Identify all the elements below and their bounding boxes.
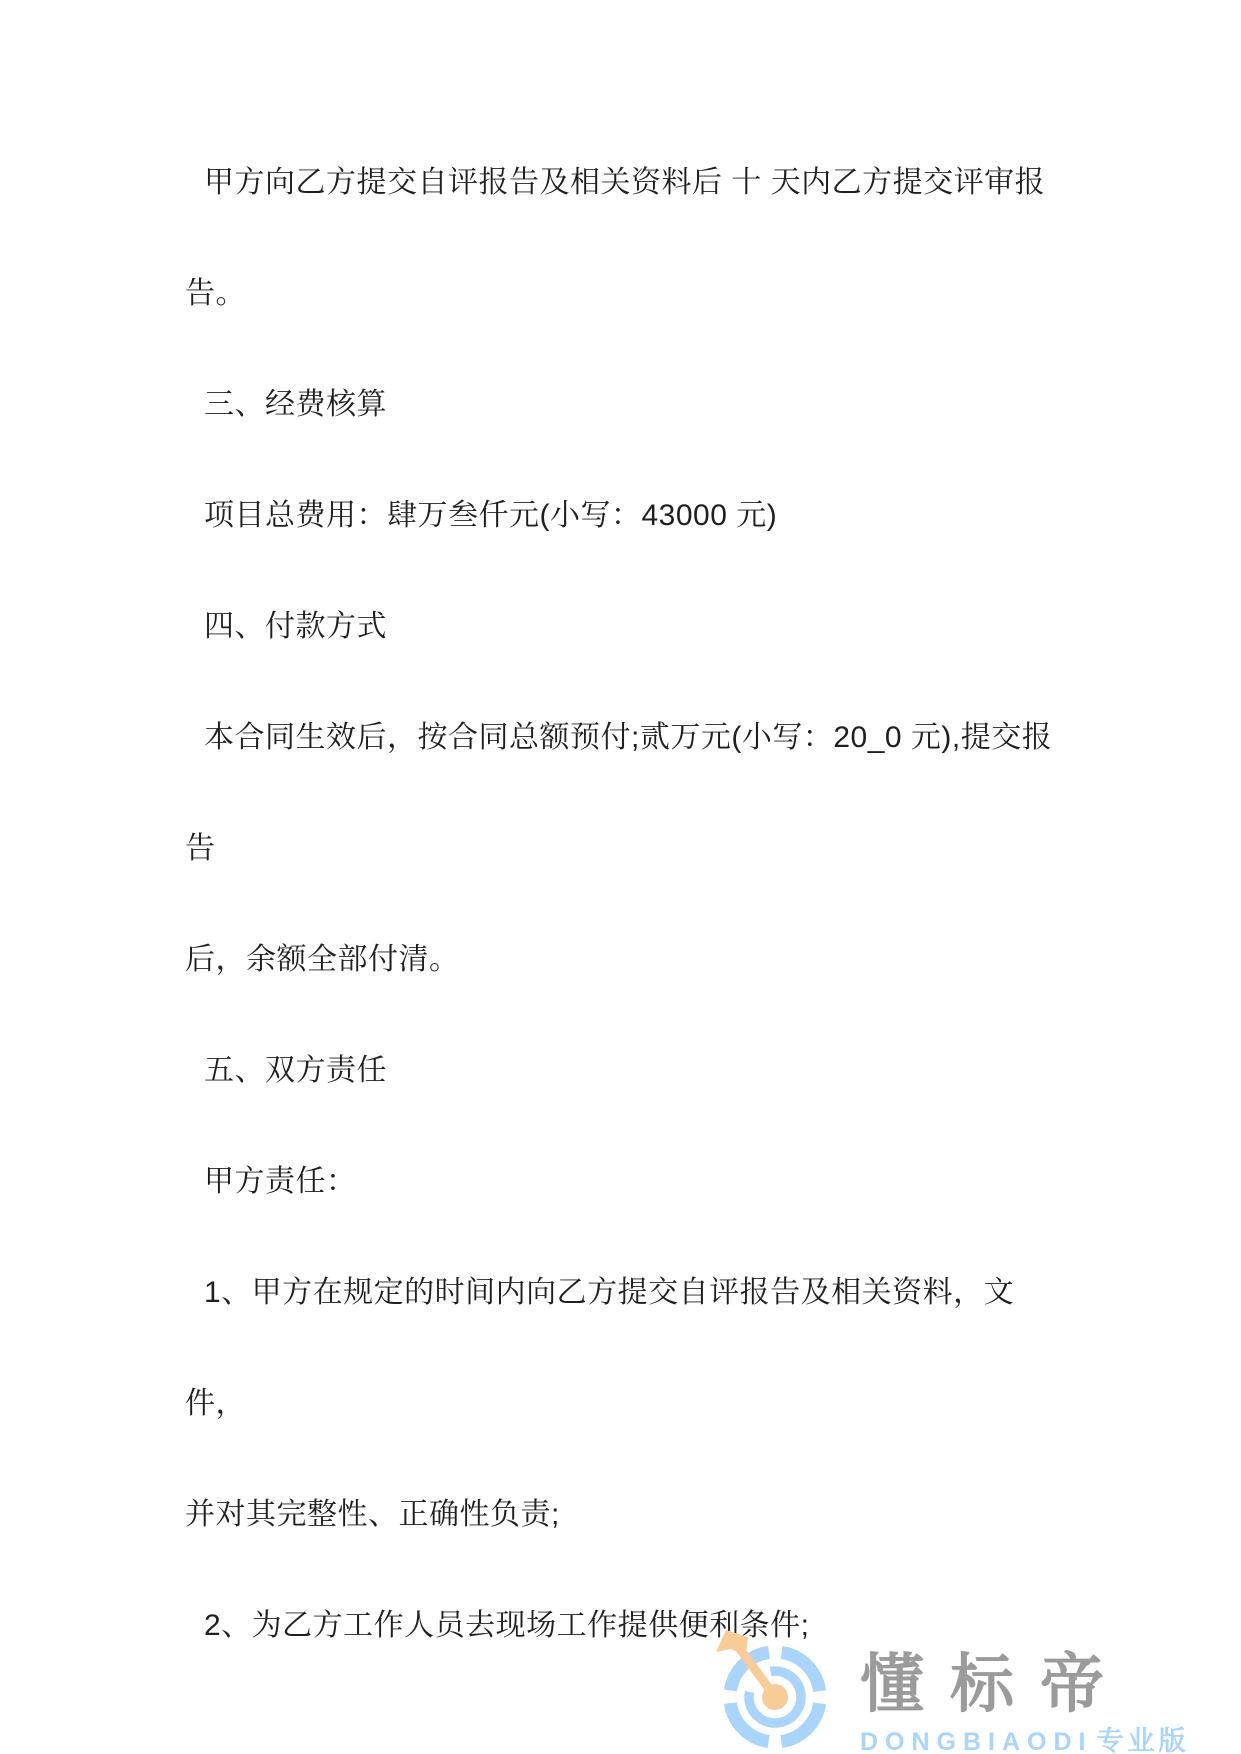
subheading-party-a-responsibility: 甲方责任： [185, 1126, 1065, 1237]
watermark-brand-cn: 懂标帝 [860, 1652, 1190, 1716]
line-review-report-deadline: 甲方向乙方提交自评报告及相关资料后 十 天内乙方提交评审报告。 [185, 127, 1065, 349]
line-payment-terms-1: 本合同生效后，按合同总额预付;贰万元(小写：20_0 元),提交报告 [185, 682, 1065, 904]
watermark-brand-en: DONGBIAODI [860, 1728, 1093, 1754]
line-responsibility-item-1b: 并对其完整性、正确性负责; [185, 1459, 1065, 1570]
watermark-edition-label: 专业版 [1097, 1726, 1190, 1754]
line-responsibility-item-1a: 1、甲方在规定的时间内向乙方提交自评报告及相关资料，文件， [185, 1237, 1065, 1459]
dongbiaodi-watermark: 懂标帝 DONGBIAODI专业版 [714, 1628, 1190, 1754]
contract-text-block: 甲方向乙方提交自评报告及相关资料后 十 天内乙方提交评审报告。 三、经费核算 项… [185, 127, 1065, 1681]
line-total-project-cost: 项目总费用：肆万叁仟元(小写：43000 元) [185, 460, 1065, 571]
document-page: 甲方向乙方提交自评报告及相关资料后 十 天内乙方提交评审报告。 三、经费核算 项… [0, 0, 1241, 1754]
watermark-subline: DONGBIAODI专业版 [860, 1728, 1190, 1754]
heading-section-5-responsibilities: 五、双方责任 [185, 1015, 1065, 1126]
target-arrow-icon [714, 1628, 836, 1754]
heading-section-3-funding: 三、经费核算 [185, 349, 1065, 460]
line-payment-terms-2: 后，余额全部付清。 [185, 904, 1065, 1015]
heading-section-4-payment: 四、付款方式 [185, 571, 1065, 682]
watermark-text: 懂标帝 DONGBIAODI专业版 [860, 1628, 1190, 1754]
